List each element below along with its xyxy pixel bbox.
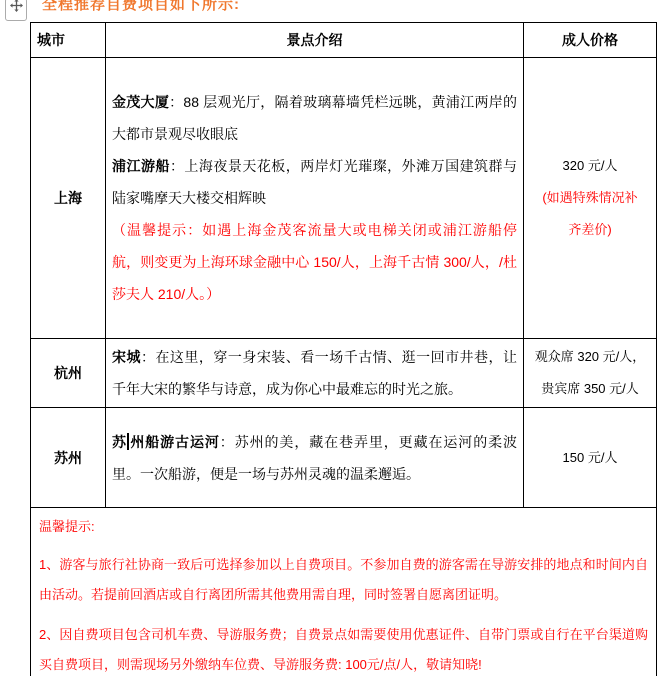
table-move-handle[interactable] [5, 0, 27, 21]
shanghai-price-note: (如遇特殊情况补齐差价) [524, 182, 656, 246]
notes-cell[interactable]: 温馨提示: 1、游客与旅行社协商一致后可选择参加以上自费项目。不参加自费的游客需… [31, 508, 657, 676]
document-page: 全程推荐自费项目如下所示: 城市 景点介绍 成人价格 上海 金茂大厦：88 层观… [0, 0, 657, 676]
price-cell-suzhou[interactable]: 150 元/人 [524, 408, 657, 508]
attraction-name-jinmao: 金茂大厦 [112, 94, 169, 110]
city-cell-shanghai[interactable]: 上海 [31, 58, 106, 339]
table-row-hangzhou: 杭州 宋城：在这里，穿一身宋装、看一场千古情、逛一回市井巷，让千年大宋的繁华与诗… [31, 339, 657, 408]
hangzhou-price-vip: 贵宾席 350 元/人 [524, 373, 656, 405]
attraction-name-canal-part1: 苏 [112, 434, 127, 450]
notes-item-2: 2、因自费项目包含司机车费、导游服务费；自费景点如需要使用优惠证件、自带门票或自… [39, 620, 648, 676]
shanghai-price: 320 元/人 [524, 150, 656, 182]
attraction-name-songcheng: 宋城 [112, 349, 141, 365]
attraction-name-pujiang-cruise: 浦江游船 [112, 158, 170, 174]
songcheng-description: ：在这里，穿一身宋装、看一场千古情、逛一回市井巷，让千年大宋的繁华与诗意，成为你… [112, 349, 517, 397]
header-price[interactable]: 成人价格 [524, 23, 657, 58]
doc-title[interactable]: 全程推荐自费项目如下所示: [42, 0, 240, 14]
intro-cell-hangzhou[interactable]: 宋城：在这里，穿一身宋装、看一场千古情、逛一回市井巷，让千年大宋的繁华与诗意，成… [106, 339, 524, 408]
hangzhou-price-audience: 观众席 320 元/人， [524, 341, 656, 373]
header-city[interactable]: 城市 [31, 23, 106, 58]
self-paid-items-table: 城市 景点介绍 成人价格 上海 金茂大厦：88 层观光厅，隔着玻璃幕墙凭栏远眺，… [30, 22, 657, 676]
table-header-row: 城市 景点介绍 成人价格 [31, 23, 657, 58]
shanghai-red-note: （温馨提示：如遇上海金茂客流量大或电梯关闭或浦江游船停航，则变更为上海环球金融中… [112, 214, 517, 310]
table-row-suzhou: 苏州 苏州船游古运河：苏州的美，藏在巷弄里，更藏在运河的柔波里。一次船游，便是一… [31, 408, 657, 508]
shanghai-jinmao-paragraph: 金茂大厦：88 层观光厅，隔着玻璃幕墙凭栏远眺，黄浦江两岸的大都市景观尽收眼底 [112, 86, 517, 150]
table-row-shanghai: 上海 金茂大厦：88 层观光厅，隔着玻璃幕墙凭栏远眺，黄浦江两岸的大都市景观尽收… [31, 58, 657, 339]
hangzhou-songcheng-paragraph: 宋城：在这里，穿一身宋装、看一场千古情、逛一回市井巷，让千年大宋的繁华与诗意，成… [112, 341, 517, 405]
intro-cell-shanghai[interactable]: 金茂大厦：88 层观光厅，隔着玻璃幕墙凭栏远眺，黄浦江两岸的大都市景观尽收眼底 … [106, 58, 524, 339]
move-icon [10, 0, 23, 17]
city-cell-hangzhou[interactable]: 杭州 [31, 339, 106, 408]
price-cell-hangzhou[interactable]: 观众席 320 元/人， 贵宾席 350 元/人 [524, 339, 657, 408]
price-cell-shanghai[interactable]: 320 元/人 (如遇特殊情况补齐差价) [524, 58, 657, 339]
shanghai-cruise-paragraph: 浦江游船：上海夜景天花板，两岸灯光璀璨，外滩万国建筑群与陆家嘴摩天大楼交相辉映 [112, 150, 517, 214]
city-cell-suzhou[interactable]: 苏州 [31, 408, 106, 508]
attraction-name-canal-part2: 州船游古运河 [129, 434, 219, 450]
suzhou-canal-paragraph: 苏州船游古运河：苏州的美，藏在巷弄里，更藏在运河的柔波里。一次船游，便是一场与苏… [112, 426, 517, 490]
intro-cell-suzhou[interactable]: 苏州船游古运河：苏州的美，藏在巷弄里，更藏在运河的柔波里。一次船游，便是一场与苏… [106, 408, 524, 508]
notes-item-1: 1、游客与旅行社协商一致后可选择参加以上自费项目。不参加自费的游客需在导游安排的… [39, 550, 648, 610]
jinmao-description: ：88 层观光厅，隔着玻璃幕墙凭栏远眺，黄浦江两岸的大都市景观尽收眼底 [112, 94, 517, 142]
table-row-notes: 温馨提示: 1、游客与旅行社协商一致后可选择参加以上自费项目。不参加自费的游客需… [31, 508, 657, 676]
suzhou-price: 150 元/人 [524, 442, 656, 474]
pujiang-cruise-description: ：上海夜景天花板，两岸灯光璀璨，外滩万国建筑群与陆家嘴摩天大楼交相辉映 [112, 158, 517, 206]
header-intro[interactable]: 景点介绍 [106, 23, 524, 58]
notes-heading: 温馨提示: [39, 512, 648, 542]
